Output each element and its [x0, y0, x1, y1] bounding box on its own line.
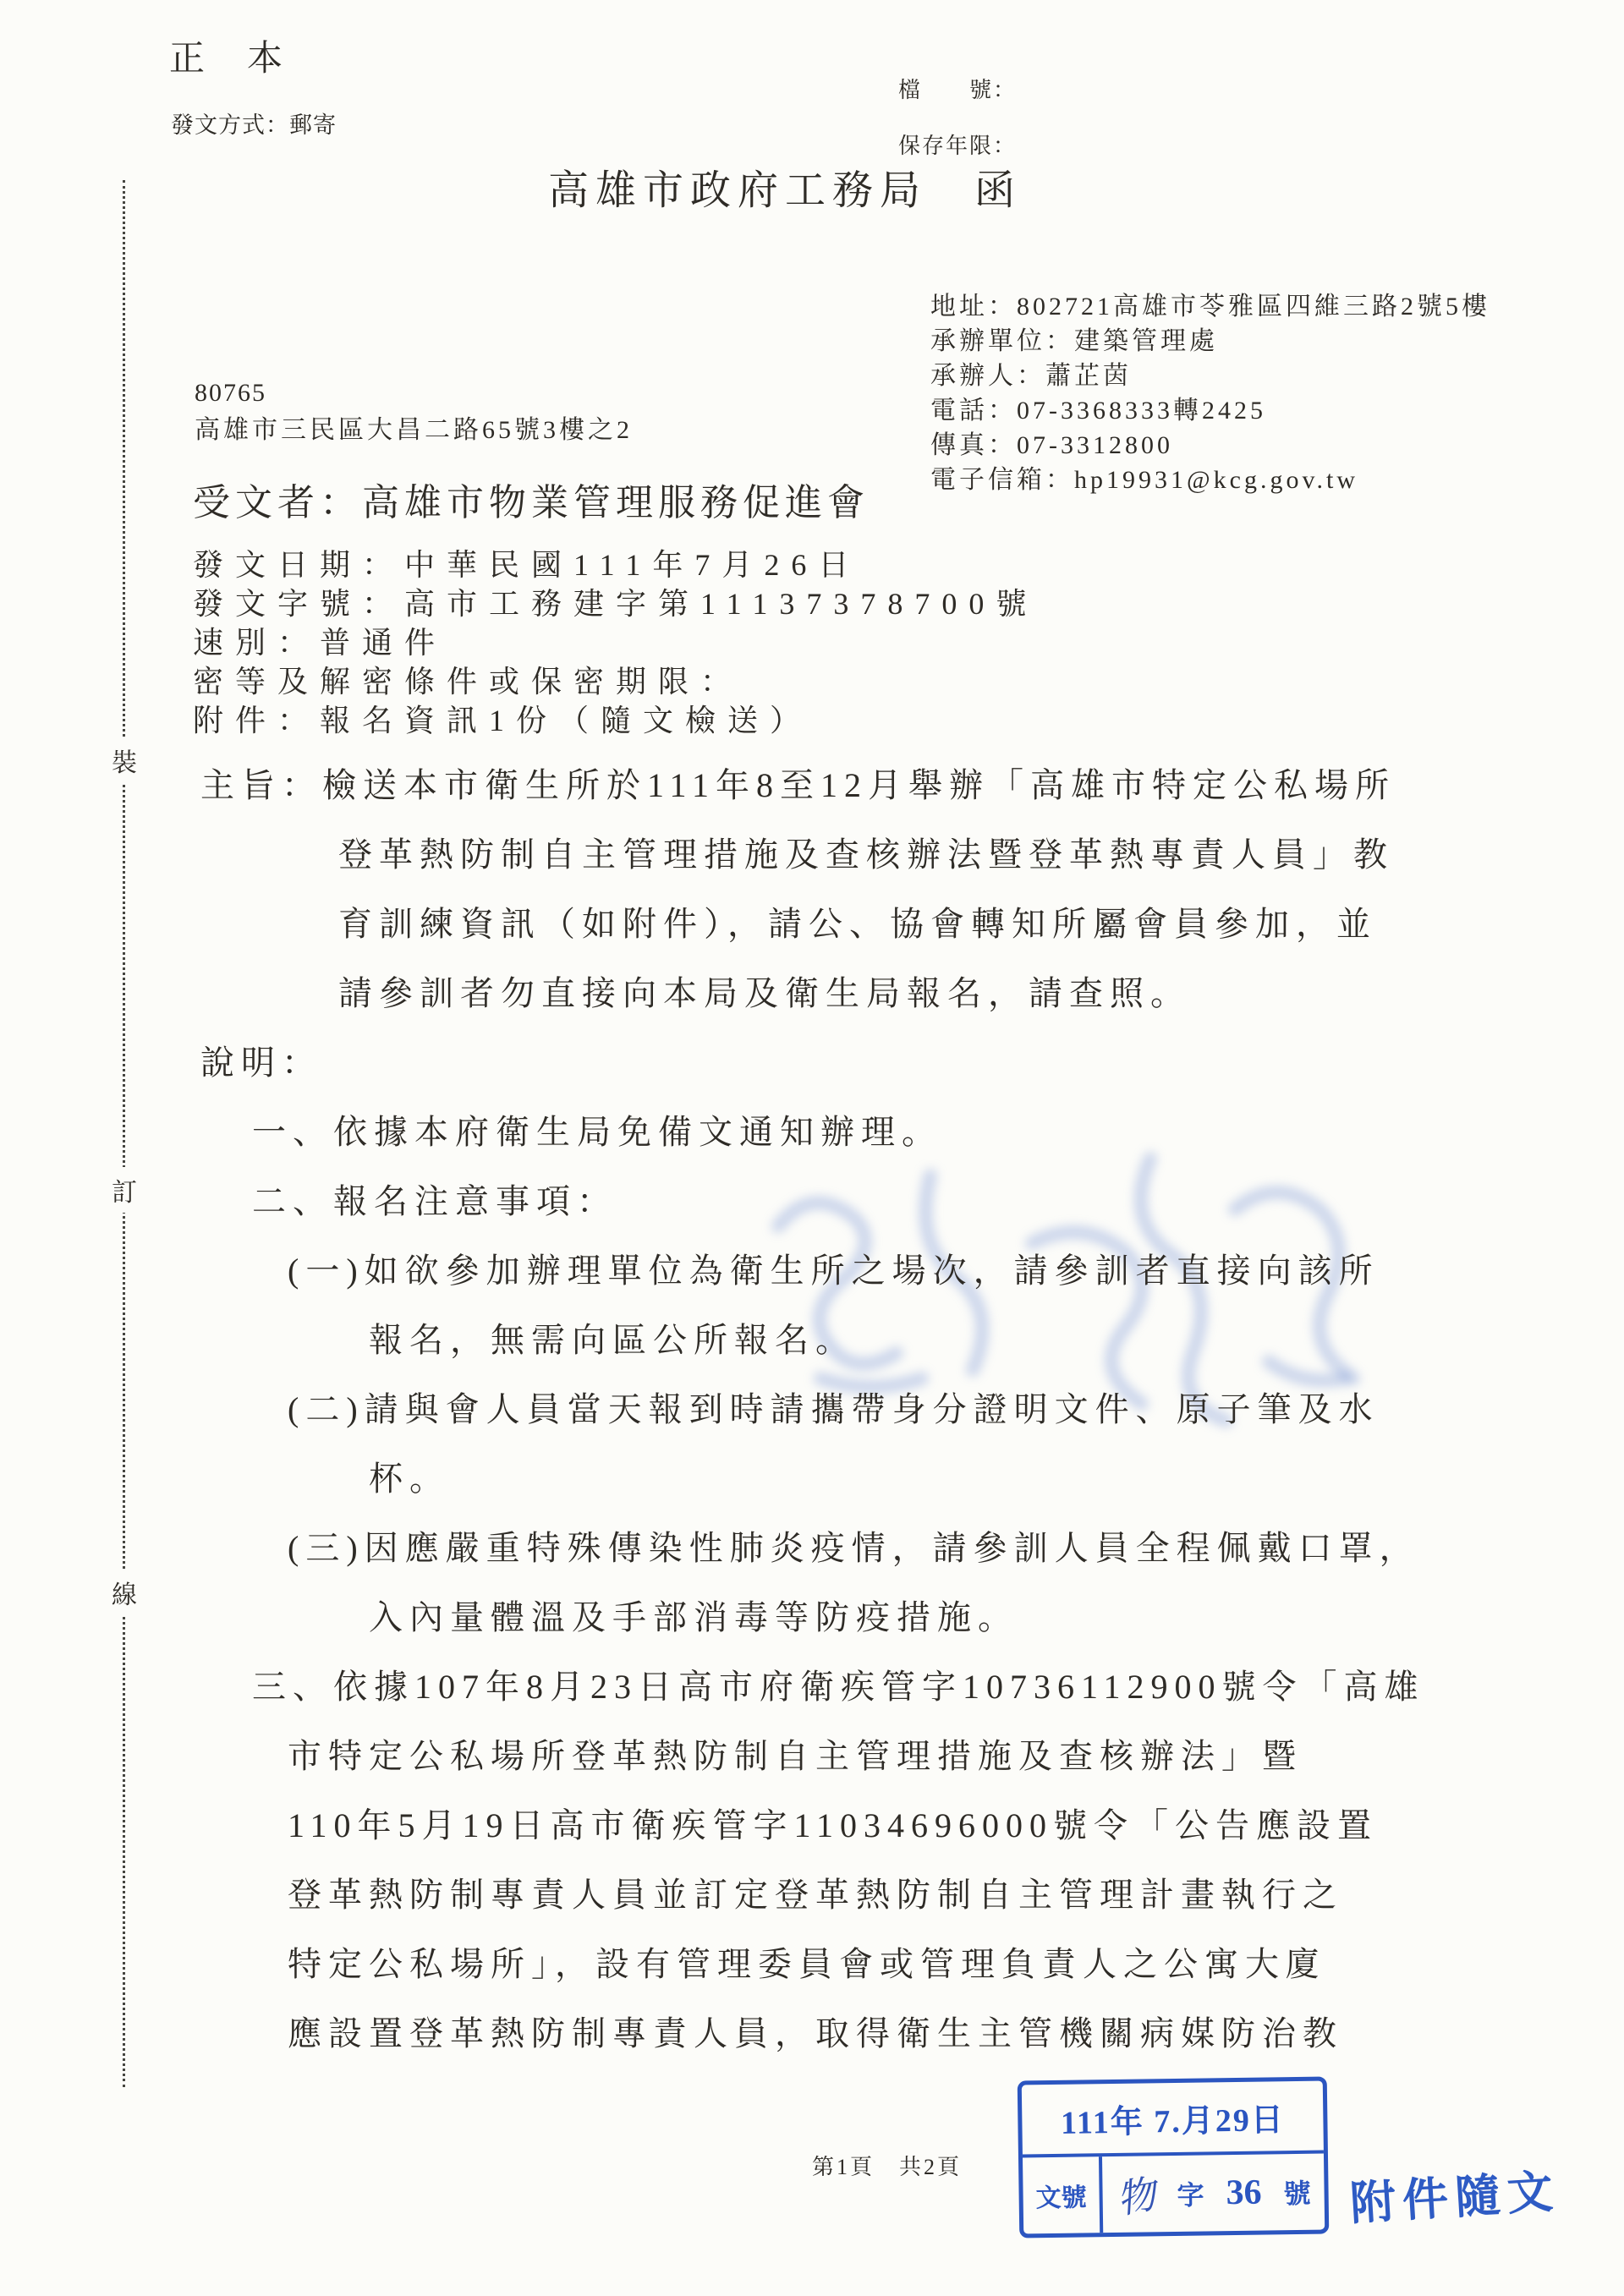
binding-margin-label: 裝 [107, 737, 141, 783]
meta-line: 發文字號：高市工務建字第11137378700號 [193, 580, 1038, 623]
stamp-suffix-word: 字 [1177, 2173, 1204, 2212]
body-line: 登革熱防制自主管理措施及查核辦法暨登革熱專責人員」教 [338, 828, 1394, 876]
body-line: 報名，無需向區公所報名。 [369, 1313, 856, 1362]
body-line: 登革熱防制專責人員並訂定登革熱防制自主管理計畫執行之 [288, 1868, 1343, 1916]
recipient-name-line: 受文者：高雄市物業管理服務促進會 [193, 482, 870, 525]
stamp-unit: 號 [1283, 2173, 1311, 2211]
page-number-footer: 第1頁 共2頁 [812, 2155, 962, 2180]
body-line: 特定公私場所」，設有管理委員會或管理負責人之公寓大廈 [288, 1937, 1326, 1986]
sender-info-line: 承辦人：蕭芷茵 [930, 354, 1132, 392]
meta-line: 密等及解密條件或保密期限： [193, 658, 743, 701]
document-title: 高雄市政府工務局 函 [548, 167, 1022, 214]
body-line: 說明： [200, 1036, 322, 1084]
body-line: 入內量體溫及手部消毒等防疫措施。 [369, 1591, 1018, 1639]
stamp-date-text: 111年 7.月29日 [1022, 2081, 1324, 2158]
binding-margin-label: 線 [107, 1570, 141, 1615]
sender-info-line: 地址：802721高雄市苓雅區四維三路2號5樓 [930, 285, 1490, 322]
copy-type-label: 正 本 [169, 39, 286, 79]
body-line: 110年5月19日高市衛疾管字11034696000號令「公告應設置 [288, 1799, 1378, 1847]
body-line: (三)因應嚴重特殊傳染性肺炎疫情，請參訓人員全程佩戴口罩， [288, 1521, 1420, 1570]
body-line: (二)請與會人員當天報到時請攜帶身分證明文件、原子筆及水 [288, 1383, 1380, 1431]
body-line: 請參訓者勿直接向本局及衛生局報名，請查照。 [338, 967, 1191, 1015]
body-line: 三、依據107年8月23日高市府衛疾管字10736112900號令「高雄 [252, 1660, 1425, 1708]
retention-period-label: 保存年限： [898, 134, 1017, 159]
body-line: 主旨：檢送本市衛生所於111年8至12月舉辦「高雄市特定公私場所 [200, 759, 1396, 807]
meta-line: 速別：普通件 [193, 619, 447, 662]
meta-line: 附件：報名資訊1份（隨文檢送） [193, 697, 812, 740]
sender-info-line: 傳真：07-3312800 [930, 424, 1173, 461]
body-line: (一)如欲參加辦理單位為衛生所之場次，請參訓者直接向該所 [288, 1244, 1380, 1292]
sender-info-line: 承辦單位：建築管理處 [930, 320, 1218, 357]
recipient-address: 高雄市三民區大昌二路65號3樓之2 [195, 416, 633, 446]
stamp-docno-label: 文號 [1023, 2156, 1103, 2233]
stamp-docno-row: 文號 物 字 36 號 [1023, 2154, 1325, 2234]
meta-line: 發文日期：中華民國111年7月26日 [193, 541, 860, 584]
body-line: 一、依據本府衛生局免備文通知辦理。 [252, 1105, 942, 1153]
attachment-follows-stamp: 附件隨文 [1348, 2165, 1561, 2230]
sender-info-line: 電子信箱：hp19931@kcg.gov.tw [930, 458, 1358, 496]
stamp-handwritten-char: 物 [1111, 2163, 1160, 2225]
delivery-method-label: 發文方式：郵寄 [171, 112, 337, 139]
archive-number-label: 檔 號： [898, 78, 1017, 103]
body-line: 應設置登革熱防制專責人員，取得衛生主管機關病媒防治教 [288, 2007, 1343, 2055]
binding-margin-label: 訂 [107, 1167, 141, 1213]
body-line: 市特定公私場所登革熱防制自主管理措施及查核辦法」暨 [288, 1729, 1303, 1778]
sender-info-line: 電話：07-3368333轉2425 [930, 389, 1266, 426]
scanned-official-letter: 裝訂線 正 本 發文方式：郵寄 檔 號： 保存年限： 高雄市政府工務局 函 地址… [0, 0, 1624, 2296]
binding-dotted-line [123, 180, 125, 2087]
received-date-stamp: 111年 7.月29日 文號 物 字 36 號 [1018, 2076, 1330, 2238]
stamp-docno-value: 物 字 36 號 [1102, 2154, 1325, 2233]
recipient-zip: 80765 [195, 379, 266, 408]
body-line: 育訓練資訊（如附件），請公、協會轉知所屬會員參加，並 [338, 897, 1377, 945]
body-line: 杯。 [369, 1452, 450, 1500]
stamp-number: 36 [1226, 2173, 1262, 2214]
body-line: 二、報名注意事項： [252, 1175, 617, 1223]
